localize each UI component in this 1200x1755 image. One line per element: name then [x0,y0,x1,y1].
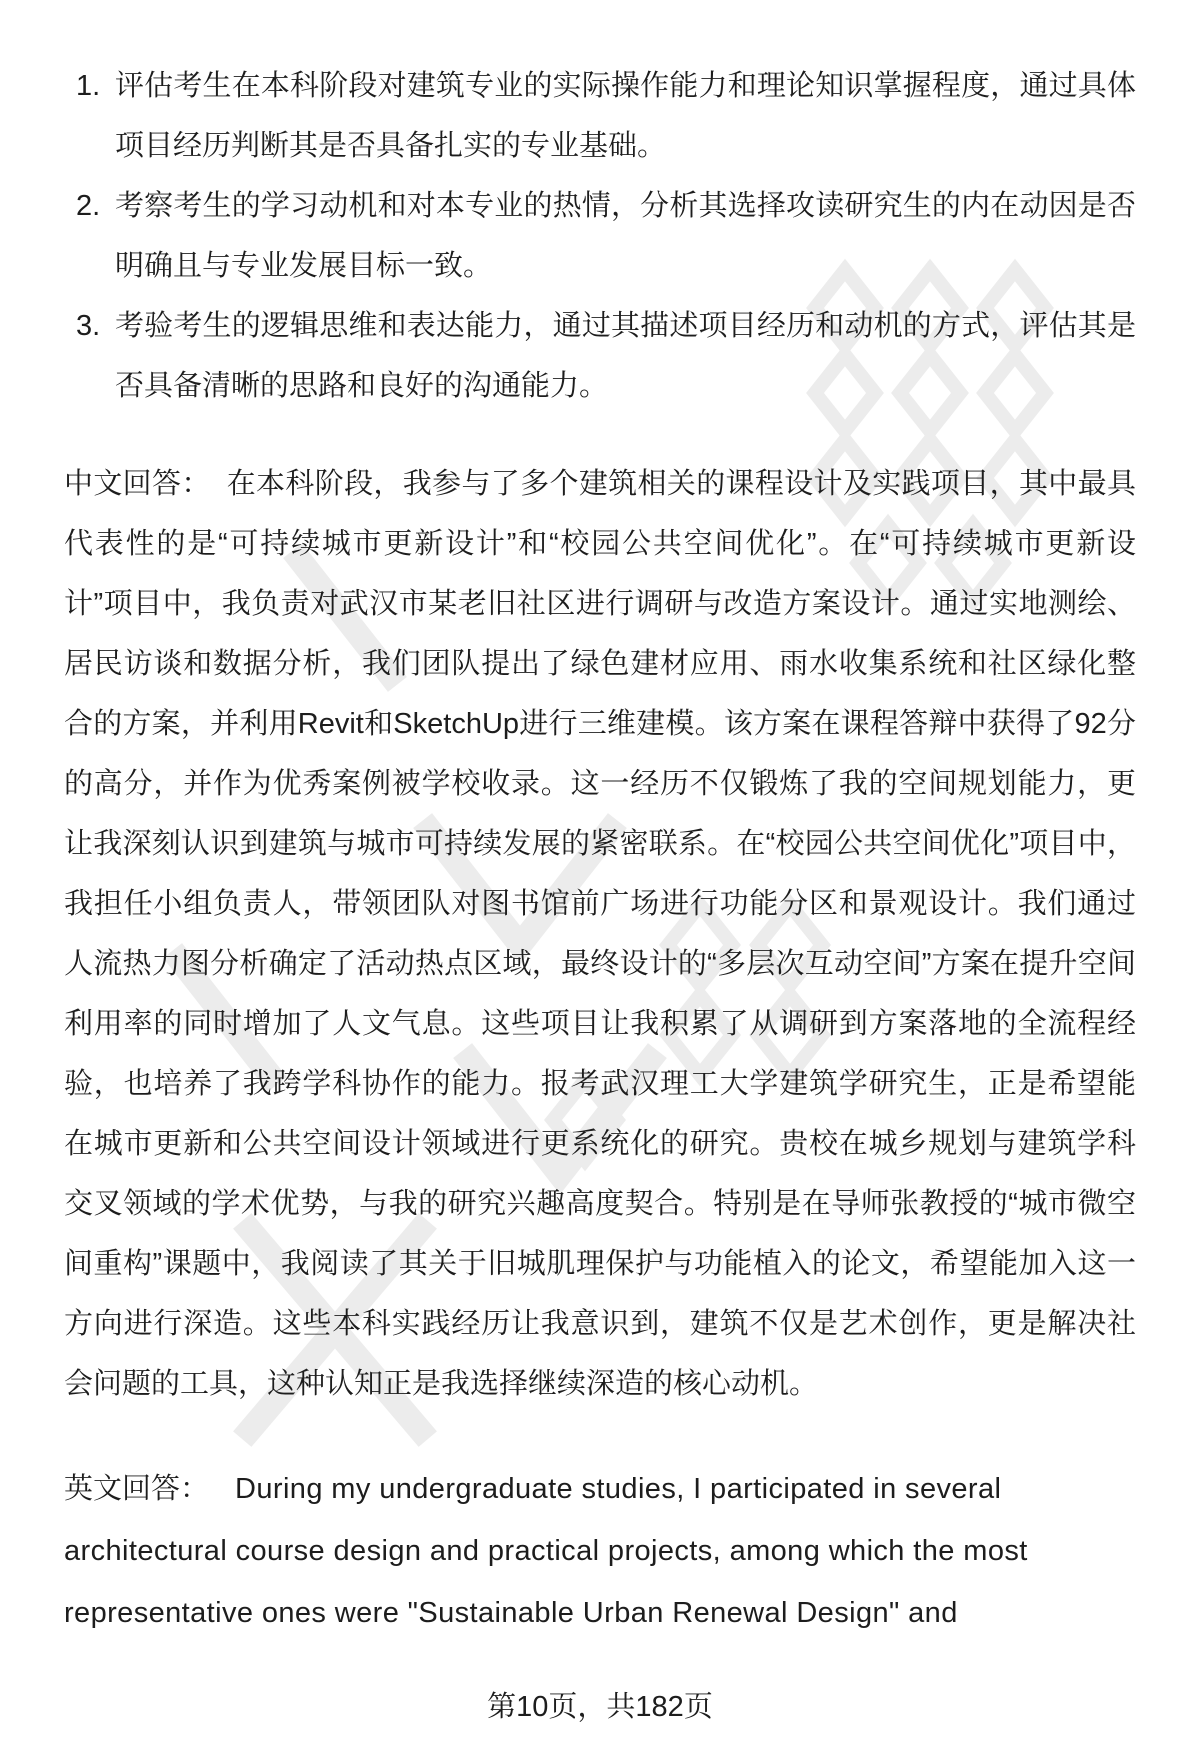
chinese-answer-paragraph: 中文回答：在本科阶段，我参与了多个建筑相关的课程设计及实践项目，其中最具代表性的… [64,454,1136,1414]
list-item-text: 考察考生的学习动机和对本专业的热情，分析其选择攻读研究生的内在动因是否明确且与专… [115,190,1136,282]
list-item-number: 2. [76,176,100,236]
list-item-number: 3. [76,296,100,356]
list-item-number: 1. [76,56,100,116]
list-item: 1. 评估考生在本科阶段对建筑专业的实际操作能力和理论知识掌握程度，通过具体项目… [115,56,1136,176]
page-number-indicator: 第10页，共182页 [0,1690,1200,1724]
document-body: 1. 评估考生在本科阶段对建筑专业的实际操作能力和理论知识掌握程度，通过具体项目… [64,56,1136,1644]
english-answer-paragraph: 英文回答：During my undergraduate studies, I … [64,1458,1074,1644]
chinese-answer-text: 在本科阶段，我参与了多个建筑相关的课程设计及实践项目，其中最具代表性的是“可持续… [64,468,1136,1400]
english-answer-label: 英文回答： [64,1473,209,1505]
document-page: 1. 评估考生在本科阶段对建筑专业的实际操作能力和理论知识掌握程度，通过具体项目… [0,0,1200,1755]
list-item: 2. 考察考生的学习动机和对本专业的热情，分析其选择攻读研究生的内在动因是否明确… [115,176,1136,296]
list-item-text: 考验考生的逻辑思维和表达能力，通过其描述项目经历和动机的方式，评估其是否具备清晰… [115,310,1136,402]
list-item: 3. 考验考生的逻辑思维和表达能力，通过其描述项目经历和动机的方式，评估其是否具… [115,296,1136,416]
question-points-list: 1. 评估考生在本科阶段对建筑专业的实际操作能力和理论知识掌握程度，通过具体项目… [64,56,1136,416]
list-item-text: 评估考生在本科阶段对建筑专业的实际操作能力和理论知识掌握程度，通过具体项目经历判… [115,70,1136,162]
chinese-answer-label: 中文回答： [64,468,211,500]
